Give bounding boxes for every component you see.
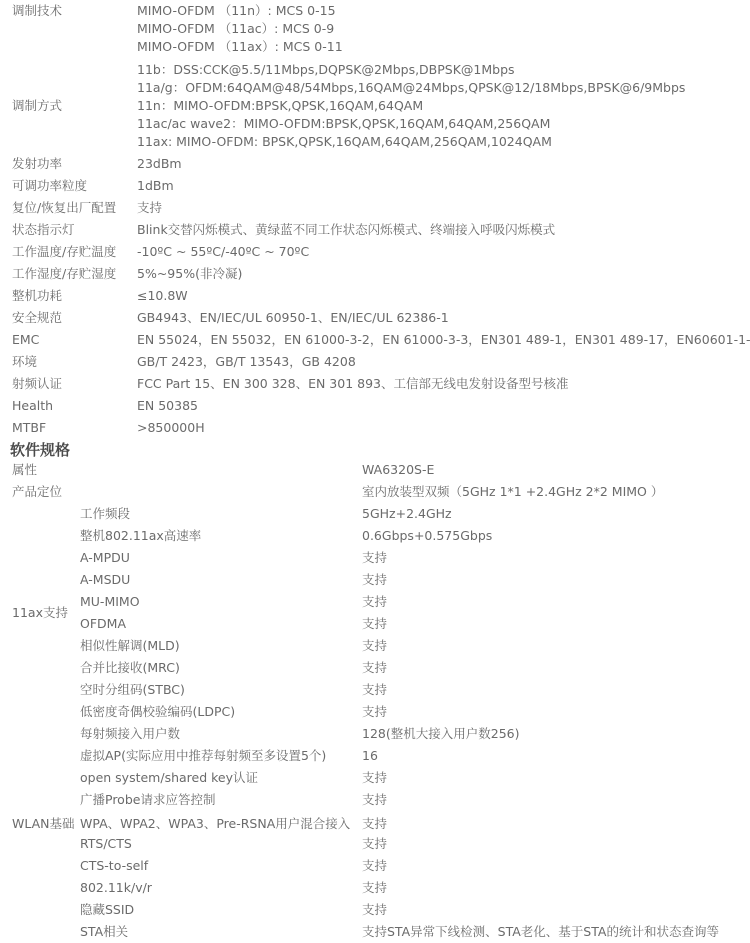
group-label-11ax: 11ax支持 <box>12 604 68 622</box>
sw-label-positioning: 产品定位 <box>12 483 62 501</box>
sw-row-name: A-MPDU <box>80 549 130 567</box>
spec-value-status-led: Blink交替闪烁模式、黄绿蓝不同工作状态闪烁模式、终端接入呼吸闪烁模式 <box>137 221 555 239</box>
sw-row-name: STA相关 <box>80 923 128 941</box>
spec-value-temperature: -10ºC ~ 55ºC/-40ºC ~ 70ºC <box>137 243 309 261</box>
spec-value-rf-cert: FCC Part 15、EN 300 328、EN 301 893、工信部无线电… <box>137 375 569 393</box>
sw-row-value: 16 <box>362 747 378 765</box>
sw-row-name: 虚拟AP(实际应用中推荐每射频至多设置5个) <box>80 747 326 765</box>
sw-row-name: A-MSDU <box>80 571 130 589</box>
spec-label-rf-cert: 射频认证 <box>12 375 62 393</box>
sw-row-value: 支持 <box>362 879 387 897</box>
spec-value-reset: 支持 <box>137 199 162 217</box>
spec-value-health: EN 50385 <box>137 397 198 415</box>
spec-value-emc: EN 55024，EN 55032，EN 61000-3-2，EN 61000-… <box>137 331 750 349</box>
spec-value-modulation-mode-1: 11b：DSS:CCK@5.5/11Mbps,DQPSK@2Mbps,DBPSK… <box>137 61 515 79</box>
sw-row-value: 支持 <box>362 791 387 809</box>
spec-label-modulation-mode: 调制方式 <box>12 97 62 115</box>
sw-row-value: 支持STA异常下线检测、STA老化、基于STA的统计和状态查询等 <box>362 923 719 941</box>
spec-value-mtbf: >850000H <box>137 419 205 437</box>
spec-value-tx-power: 23dBm <box>137 155 182 173</box>
sw-row-value: 0.6Gbps+0.575Gbps <box>362 527 492 545</box>
group-label-wlan: WLAN基础 <box>12 815 75 833</box>
sw-row-name: open system/shared key认证 <box>80 769 258 787</box>
sw-row-value: 支持 <box>362 637 387 655</box>
sw-value-attribute: WA6320S-E <box>362 461 434 479</box>
spec-value-humidity: 5%~95%(非冷凝) <box>137 265 242 283</box>
spec-label-safety: 安全规范 <box>12 309 62 327</box>
sw-row-value: 支持 <box>362 549 387 567</box>
spec-value-environment: GB/T 2423，GB/T 13543，GB 4208 <box>137 353 356 371</box>
sw-label-attribute: 属性 <box>12 461 37 479</box>
sw-row-value: 支持 <box>362 857 387 875</box>
spec-label-power-granularity: 可调功率粒度 <box>12 177 87 195</box>
sw-row-name: OFDMA <box>80 615 126 633</box>
spec-label-reset: 复位/恢复出厂配置 <box>12 199 116 217</box>
sw-row-value: 支持 <box>362 593 387 611</box>
spec-label-humidity: 工作湿度/存贮湿度 <box>12 265 116 283</box>
section-heading-software: 软件规格 <box>10 440 70 460</box>
sw-row-value: 支持 <box>362 659 387 677</box>
sw-row-value: 5GHz+2.4GHz <box>362 505 452 523</box>
spec-value-modulation-mode-4: 11ac/ac wave2：MIMO-OFDM:BPSK,QPSK,16QAM,… <box>137 115 550 133</box>
spec-label-mtbf: MTBF <box>12 419 46 437</box>
spec-label-status-led: 状态指示灯 <box>12 221 75 239</box>
sw-row-name: 低密度奇偶校验编码(LDPC) <box>80 703 235 721</box>
sw-row-name: 合并比接收(MRC) <box>80 659 180 677</box>
sw-row-value: 支持 <box>362 571 387 589</box>
sw-row-name: CTS-to-self <box>80 857 148 875</box>
spec-label-emc: EMC <box>12 331 39 349</box>
sw-row-name: 整机802.11ax高速率 <box>80 527 201 545</box>
spec-value-modulation-tech-1: MIMO-OFDM （11n）: MCS 0-15 <box>137 2 336 20</box>
spec-value-modulation-mode-5: 11ax: MIMO-OFDM: BPSK,QPSK,16QAM,64QAM,2… <box>137 133 552 151</box>
sw-row-value: 支持 <box>362 769 387 787</box>
spec-value-modulation-mode-2: 11a/g：OFDM:64QAM@48/54Mbps,16QAM@24Mbps,… <box>137 79 685 97</box>
sw-row-value: 支持 <box>362 703 387 721</box>
sw-row-value: 支持 <box>362 615 387 633</box>
sw-row-value: 支持 <box>362 835 387 853</box>
sw-row-name: 每射频接入用户数 <box>80 725 180 743</box>
sw-row-name: 802.11k/v/r <box>80 879 152 897</box>
sw-value-positioning: 室内放装型双频（5GHz 1*1 +2.4GHz 2*2 MIMO ） <box>362 483 663 501</box>
sw-row-name: MU-MIMO <box>80 593 140 611</box>
sw-row-value: 支持 <box>362 901 387 919</box>
spec-value-power-granularity: 1dBm <box>137 177 174 195</box>
sw-row-name: 相似性解调(MLD) <box>80 637 180 655</box>
spec-value-safety: GB4943、EN/IEC/UL 60950-1、EN/IEC/UL 62386… <box>137 309 449 327</box>
spec-label-health: Health <box>12 397 53 415</box>
spec-label-environment: 环境 <box>12 353 37 371</box>
sw-row-value: 支持 <box>362 681 387 699</box>
sw-row-name: 隐藏SSID <box>80 901 134 919</box>
spec-value-modulation-mode-3: 11n：MIMO-OFDM:BPSK,QPSK,16QAM,64QAM <box>137 97 423 115</box>
sw-row-name: 空时分组码(STBC) <box>80 681 185 699</box>
spec-label-modulation-tech: 调制技术 <box>12 2 62 20</box>
spec-value-modulation-tech-2: MIMO-OFDM （11ac）: MCS 0-9 <box>137 20 334 38</box>
sw-row-name: 工作频段 <box>80 505 130 523</box>
sw-row-value: 128(整机大接入用户数256) <box>362 725 519 743</box>
sw-row-name: WPA、WPA2、WPA3、Pre-RSNA用户混合接入 <box>80 815 350 833</box>
spec-label-temperature: 工作温度/存贮温度 <box>12 243 116 261</box>
sw-row-name: 广播Probe请求应答控制 <box>80 791 215 809</box>
spec-label-power-consumption: 整机功耗 <box>12 287 62 305</box>
spec-value-modulation-tech-3: MIMO-OFDM （11ax）: MCS 0-11 <box>137 38 343 56</box>
sw-row-name: RTS/CTS <box>80 835 132 853</box>
sw-row-value: 支持 <box>362 815 387 833</box>
spec-value-power-consumption: ≤10.8W <box>137 287 188 305</box>
spec-label-tx-power: 发射功率 <box>12 155 62 173</box>
